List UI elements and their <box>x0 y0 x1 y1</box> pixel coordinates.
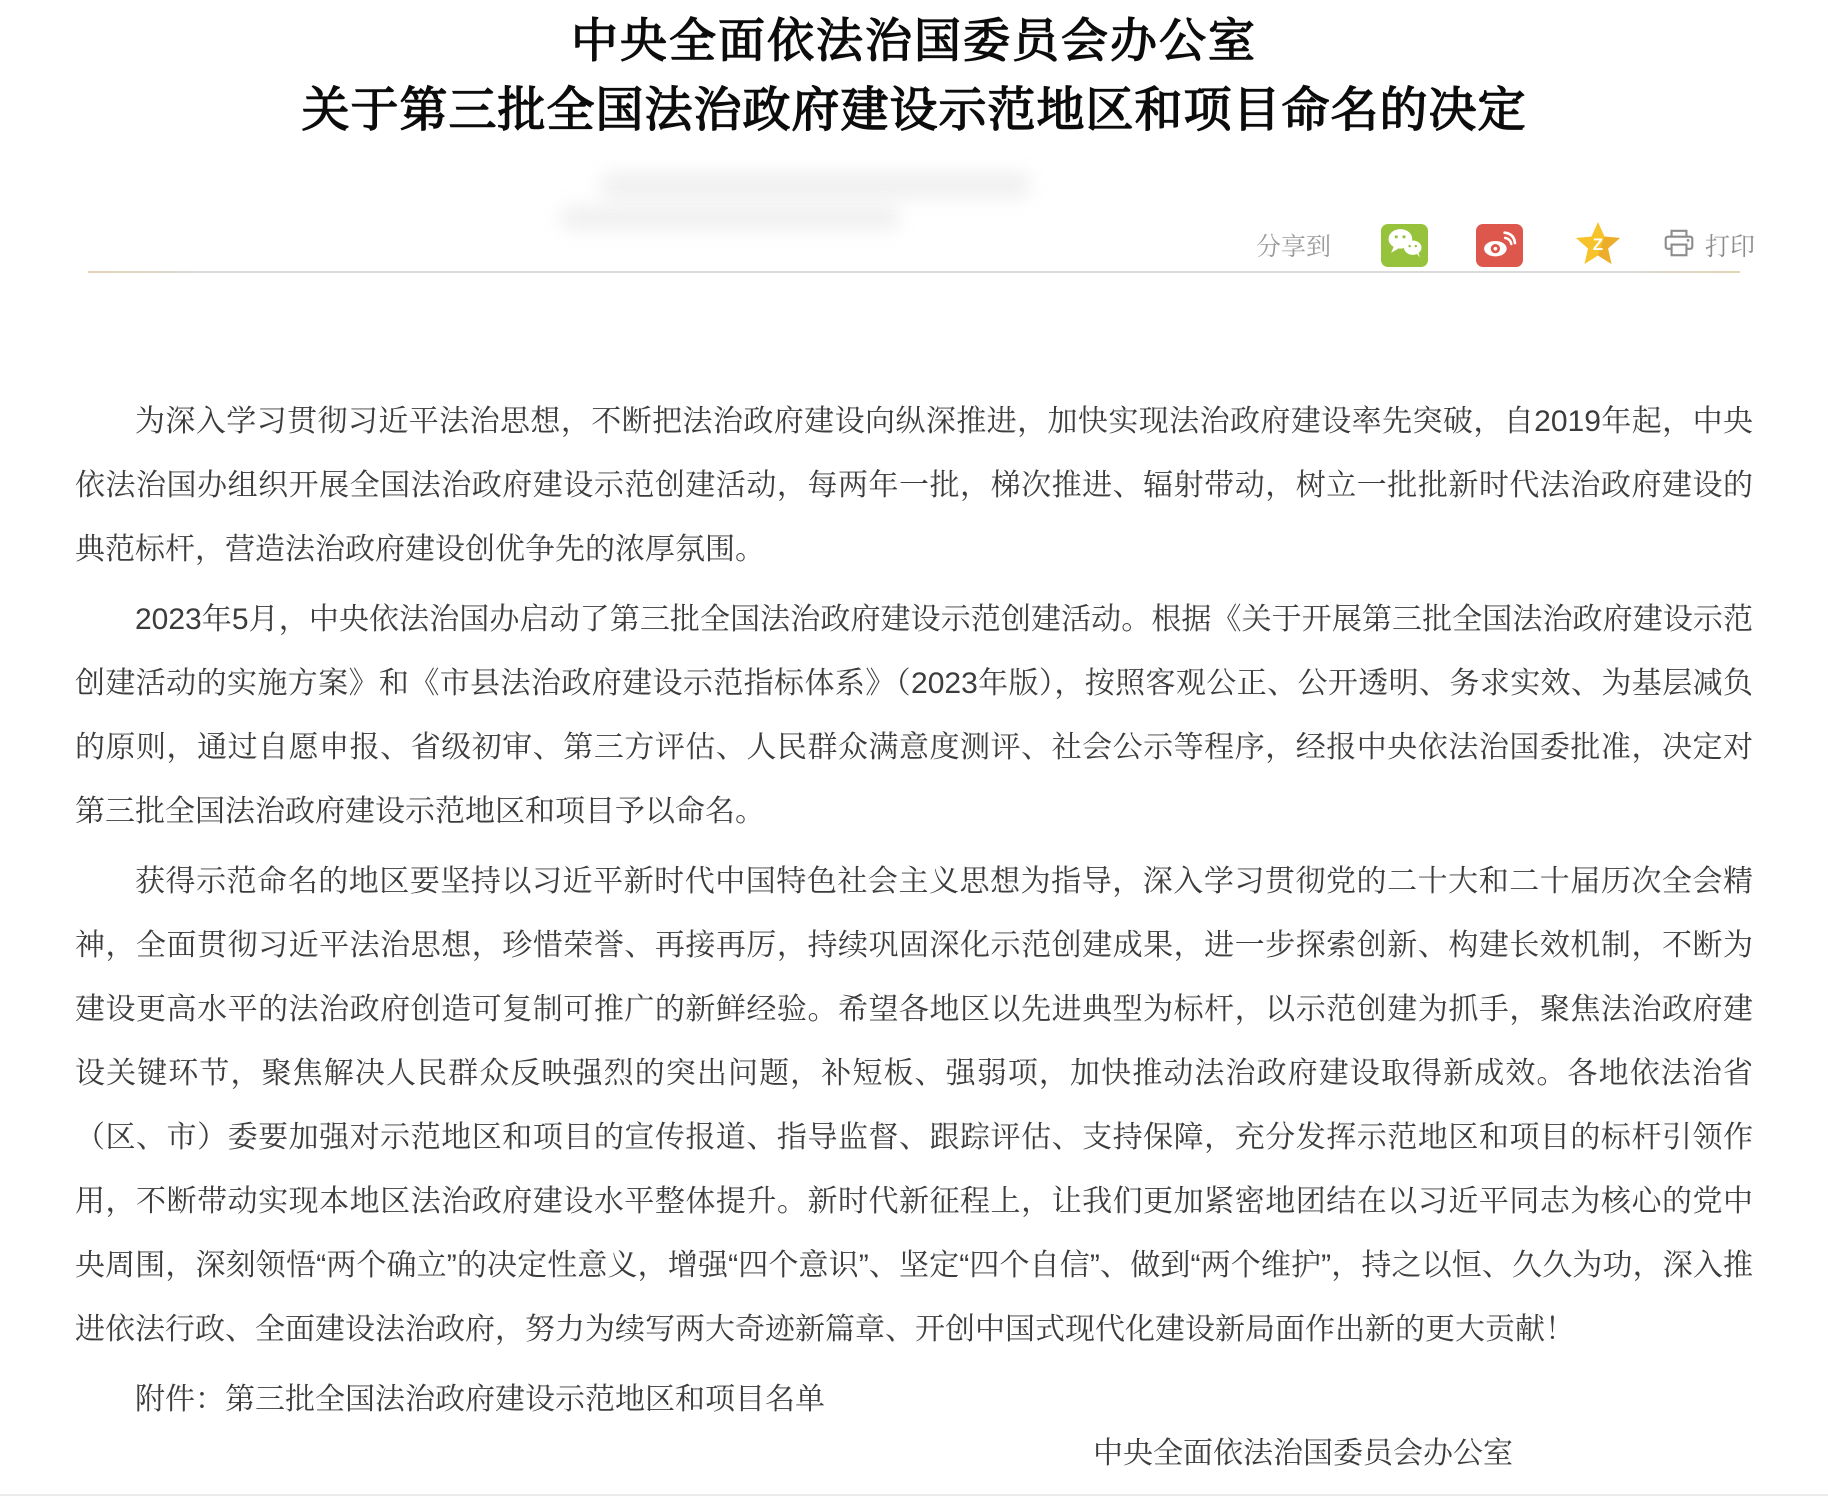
article-body: 为深入学习贯彻习近平法治思想，不断把法治政府建设向纵深推进，加快实现法治政府建设… <box>75 390 1753 1438</box>
wechat-icon <box>1387 227 1422 263</box>
svg-text:Z: Z <box>1593 235 1603 254</box>
qzone-star-icon: Z <box>1575 221 1621 270</box>
body-paragraph-3: 获得示范命名的地区要坚持以习近平新时代中国特色社会主义思想为指导，深入学习贯彻党… <box>75 850 1753 1362</box>
print-button[interactable]: 打印 <box>1662 227 1755 264</box>
wechat-share-button[interactable] <box>1381 224 1428 267</box>
document-title-line-2: 关于第三批全国法治政府建设示范地区和项目命名的决定 <box>0 82 1828 140</box>
printer-icon <box>1662 227 1696 264</box>
share-bar: 分享到 <box>1256 220 1755 270</box>
print-label: 打印 <box>1705 227 1755 263</box>
share-to-label: 分享到 <box>1256 227 1331 263</box>
blurred-stamp-area <box>560 206 900 230</box>
blurred-stamp-area <box>600 172 1030 198</box>
weibo-icon <box>1482 227 1517 263</box>
document-title: 中央全面依法治国委员会办公室 关于第三批全国法治政府建设示范地区和项目命名的决定 <box>0 12 1828 140</box>
qzone-share-button[interactable]: Z <box>1575 224 1622 267</box>
document-title-line-1: 中央全面依法治国委员会办公室 <box>0 12 1828 70</box>
body-paragraph-1: 为深入学习贯彻习近平法治思想，不断把法治政府建设向纵深推进，加快实现法治政府建设… <box>75 390 1753 582</box>
issuing-office-signature: 中央全面依法治国委员会办公室 <box>1093 1424 1513 1484</box>
attachment-line: 附件：第三批全国法治政府建设示范地区和项目名单 <box>75 1368 1753 1432</box>
document-page: 中央全面依法治国委员会办公室 关于第三批全国法治政府建设示范地区和项目命名的决定… <box>0 0 1828 1496</box>
header-divider <box>88 271 1740 273</box>
weibo-share-button[interactable] <box>1476 224 1523 267</box>
body-paragraph-2: 2023年5月，中央依法治国办启动了第三批全国法治政府建设示范创建活动。根据《关… <box>75 588 1753 844</box>
